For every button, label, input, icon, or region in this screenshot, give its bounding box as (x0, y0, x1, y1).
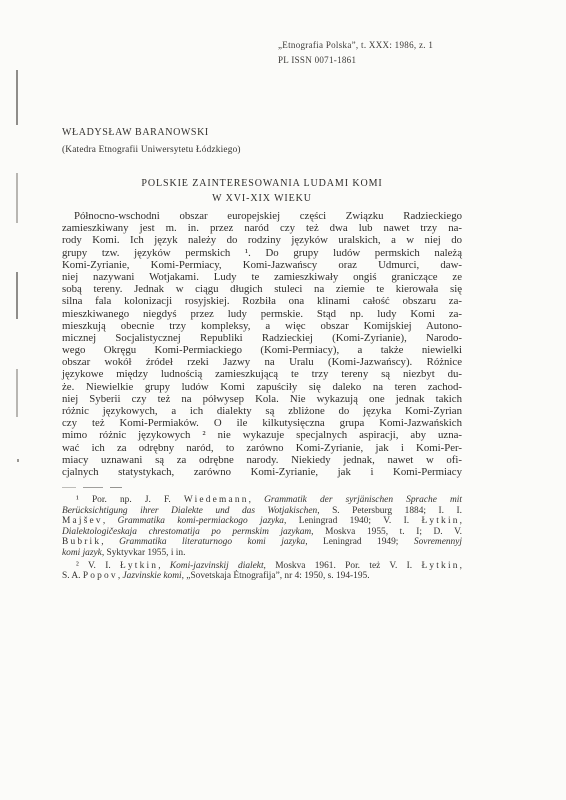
body-line: Północno-wschodni obszar europejskiej cz… (62, 210, 462, 222)
footnote-line: Majšev, Grammatika komi-permiackogo jazy… (62, 516, 462, 527)
footnote: ² V. I. Łytkin, Komi-jazvinskij dialekt,… (62, 561, 462, 582)
body-line: sobą tereny. Jednak w ciągu długich stul… (62, 283, 462, 295)
body-line: micznej Socjalistycznej Republiki Radzie… (62, 332, 462, 344)
footnote-line: komi jazyk, Syktyvkar 1955, i in. (62, 548, 462, 559)
author-name: WŁADYSŁAW BARANOWSKI (62, 127, 241, 138)
body-line: cjalnych statystykach, zarówno Komi-Zyri… (62, 466, 462, 478)
body-line: językowe między ludnością zamieszkującą … (62, 368, 462, 380)
body-line: mieszkiwanego niegdyś przez ludy permski… (62, 308, 462, 320)
body-line: Komi-Zyrianie, Komi-Permiacy, Komi-Jazwa… (62, 259, 462, 271)
scan-artifact-line (16, 369, 18, 417)
footnote-line: Berücksichtigung ihrer Dialekte und das … (62, 506, 462, 517)
footnote-line: Bubrik, Grammatika literaturnogo komi ja… (62, 537, 462, 548)
footnotes-section: ¹ Por. np. J. F. Wiedemann, Grammatik de… (62, 495, 462, 582)
body-line: rody Komi. Ich język należy do rodziny j… (62, 234, 462, 246)
journal-header: „Etnografia Polska”, t. XXX: 1986, z. 1 … (278, 38, 433, 68)
body-line: czy też Komi-Permiaków. O ile kilkutysię… (62, 417, 462, 429)
scan-artifact-line (16, 70, 18, 125)
footnote-line: ¹ Por. np. J. F. Wiedemann, Grammatik de… (62, 495, 462, 506)
scan-artifact-line (16, 272, 18, 319)
separator-dash (83, 487, 103, 488)
body-line: niej nazywani Wotjakami. Ludy te zamiesz… (62, 271, 462, 283)
body-line: mieszkują obecnie trzy kompleksy, a więc… (62, 320, 462, 332)
body-line: zamieszkiwany jest m. in. przez naród cz… (62, 222, 462, 234)
footnote-line: Dialektologičeskaja chrestomatija po per… (62, 527, 462, 538)
title-line-2: W XVI-XIX WIEKU (62, 191, 462, 206)
title-line-1: POLSKIE ZAINTERESOWANIA LUDAMI KOMI (62, 176, 462, 191)
body-line: różnic językowych, a ich dialekty są zbl… (62, 405, 462, 417)
scan-artifact-dot (17, 459, 19, 462)
body-line: niej Syberii czy też na półwysep Kola. N… (62, 393, 462, 405)
body-paragraph: Północno-wschodni obszar europejskiej cz… (62, 210, 462, 478)
body-line: obszar wokół źródeł rzeki Jazwy na Uralu… (62, 356, 462, 368)
body-line: grupy tzw. języków permskich ¹. Do grupy… (62, 247, 462, 259)
footnote-separator (62, 487, 134, 488)
body-line: silna fala kolonizacji rosyjskiej. Rozbi… (62, 295, 462, 307)
body-line: miacy uznawani są za odrębne narody. Nie… (62, 454, 462, 466)
author-affiliation: (Katedra Etnografii Uniwersytetu Łódzkie… (62, 145, 241, 155)
issn-line: PL ISSN 0071-1861 (278, 53, 433, 68)
separator-dash (62, 487, 76, 488)
journal-citation: „Etnografia Polska”, t. XXX: 1986, z. 1 (278, 38, 433, 53)
footnote-line: S. A. Popov, Jazvinskie komi, „Sovetskaj… (62, 571, 462, 582)
scan-artifact-line (16, 173, 18, 223)
article-title: POLSKIE ZAINTERESOWANIA LUDAMI KOMI W XV… (62, 176, 462, 206)
separator-dash (110, 487, 122, 488)
body-line: wać ich za odrębny naród, to zarówno Kom… (62, 442, 462, 454)
author-block: WŁADYSŁAW BARANOWSKI (Katedra Etnografii… (62, 127, 241, 155)
document-page: „Etnografia Polska”, t. XXX: 1986, z. 1 … (0, 0, 566, 800)
footnote-line: ² V. I. Łytkin, Komi-jazvinskij dialekt,… (62, 561, 462, 572)
footnote: ¹ Por. np. J. F. Wiedemann, Grammatik de… (62, 495, 462, 559)
body-line: wego Okręgu Komi-Permiackiego (Komi-Perm… (62, 344, 462, 356)
body-line: mimo różnic językowych ² nie wykazuje sp… (62, 429, 462, 441)
body-line: że. Niewielkie grupy ludów Komi zapuścił… (62, 381, 462, 393)
